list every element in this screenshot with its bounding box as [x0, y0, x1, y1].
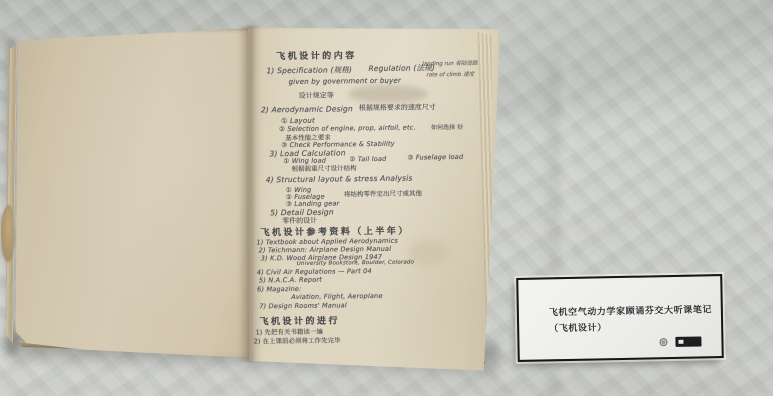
- handwritten-line: rate of climb 速度: [426, 70, 474, 79]
- worn-page-tab: [1, 205, 14, 261]
- photo-scene: 飞机设计的内容1) Specification (规格)Regulation (…: [0, 0, 773, 396]
- museum-logo-icon: [675, 336, 701, 346]
- handwritten-line: 5) N.A.C.A. Report: [259, 276, 322, 285]
- handwritten-line: 2) 在上课前必须将工作先完毕: [254, 335, 341, 345]
- handwritten-line: Aviation, Flight, Aeroplane: [291, 292, 383, 301]
- handwritten-line: 1) Specification (规格): [266, 64, 352, 76]
- handwritten-line: ③ Fuselage load: [407, 153, 463, 162]
- handwritten-line: 4) Structural layout & stress Analysis: [266, 174, 413, 185]
- handwritten-line: 设计规定等: [299, 90, 334, 100]
- seal-icon: [659, 338, 667, 346]
- label-subtitle: （飞机设计）: [549, 320, 607, 334]
- handwritten-line: ② Selection of engine, prop, airfoil, et…: [279, 123, 416, 133]
- notebook-right-page: 飞机设计的内容1) Specification (规格)Regulation (…: [248, 25, 500, 372]
- handwritten-line: 7) Design Rooms' Manual: [259, 301, 347, 310]
- handwritten-line: 飞机设计的进行: [259, 313, 340, 327]
- label-title: 飞机空气动力学家顾诵芬交大听课笔记: [549, 302, 712, 318]
- handwriting-layer: 飞机设计的内容1) Specification (规格)Regulation (…: [246, 23, 502, 373]
- fabric-wrinkle: [490, 0, 773, 120]
- handwritten-line: 飞机设计的内容: [276, 48, 357, 62]
- handwritten-line: 2) Aerodynamic Design: [261, 104, 353, 114]
- handwritten-line: 将结构零件定出尺寸或其他: [344, 188, 422, 198]
- museum-label-card: 飞机空气动力学家顾诵芬交大听课笔记 （飞机设计）: [516, 274, 724, 362]
- handwritten-line: University Bookstore, Boulder, Colorado: [297, 260, 414, 267]
- notebook-left-page-blank: [12, 28, 252, 358]
- handwritten-line: given by government or buyer: [289, 77, 402, 86]
- handwritten-line: 如何选择 好: [431, 122, 463, 131]
- handwritten-line: ② Tail load: [349, 155, 386, 163]
- handwritten-line: 根据载重尺寸设计结构: [292, 163, 357, 173]
- handwritten-line: landing run 着陆滑跑: [422, 59, 477, 68]
- handwritten-line: 根据规格要求的速度尺寸: [359, 102, 436, 113]
